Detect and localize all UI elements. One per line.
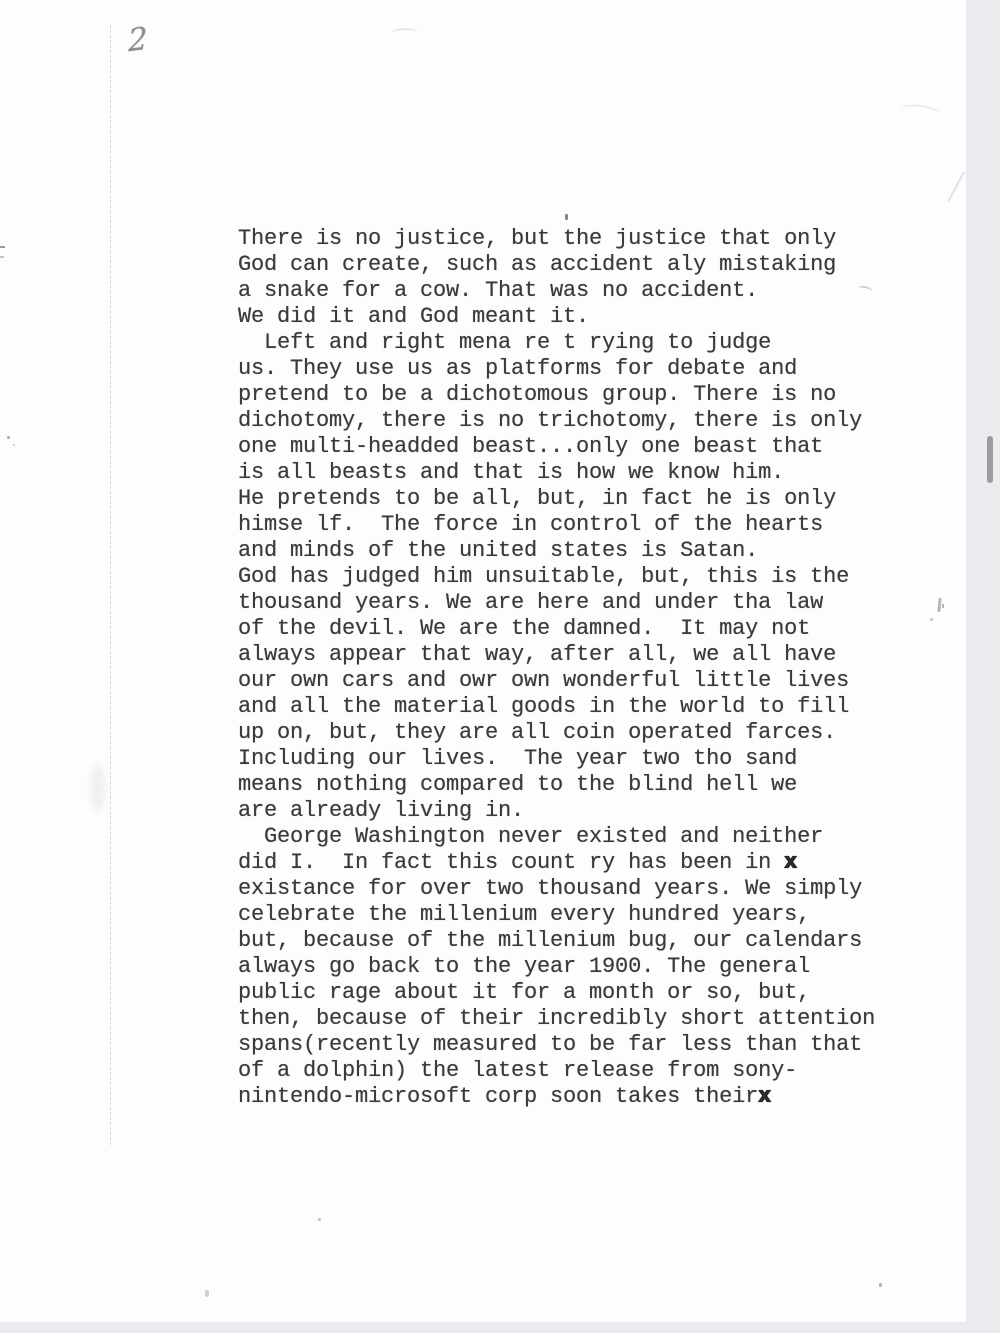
text-line: means nothing compared to the blind hell… bbox=[238, 772, 918, 798]
document-viewer: 2 There is no justice, but the justice t… bbox=[0, 0, 1000, 1333]
scan-artifact bbox=[318, 1218, 321, 1221]
text-line: then, because of their incredibly short … bbox=[238, 1006, 918, 1032]
scan-artifact bbox=[13, 444, 15, 446]
text-line: is all beasts and that is how we know hi… bbox=[238, 460, 918, 486]
text-line: of the devil. We are the damned. It may … bbox=[238, 616, 918, 642]
text-line: always go back to the year 1900. The gen… bbox=[238, 954, 918, 980]
scan-artifact bbox=[392, 27, 419, 39]
text-line: pretend to be a dichotomous group. There… bbox=[238, 382, 918, 408]
text-line: us. They use us as platforms for debate … bbox=[238, 356, 918, 382]
scrollbar-thumb[interactable] bbox=[987, 436, 993, 483]
scan-artifact bbox=[565, 214, 568, 220]
text-line: one multi-headded beast...only one beast… bbox=[238, 434, 918, 460]
scan-artifact bbox=[879, 1283, 882, 1287]
text-line: God can create, such as accident aly mis… bbox=[238, 252, 918, 278]
text-line: We did it and God meant it. bbox=[238, 304, 918, 330]
text-line: are already living in. bbox=[238, 798, 918, 824]
overstruck-character: x bbox=[758, 1084, 771, 1109]
scan-artifact bbox=[899, 102, 941, 121]
text-line: our own cars and owr own wonderful littl… bbox=[238, 668, 918, 694]
text-line: himse lf. The force in control of the he… bbox=[238, 512, 918, 538]
text-line: public rage about it for a month or so, … bbox=[238, 980, 918, 1006]
text-line: There is no justice, but the justice tha… bbox=[238, 226, 918, 252]
text-line: always appear that way, after all, we al… bbox=[238, 642, 918, 668]
scan-artifact bbox=[205, 1290, 209, 1297]
text-line: He pretends to be all, but, in fact he i… bbox=[238, 486, 918, 512]
text-line: God has judged him unsuitable, but, this… bbox=[238, 564, 918, 590]
overstruck-character: x bbox=[784, 850, 797, 875]
scan-artifact bbox=[7, 436, 10, 439]
text-line: thousand years. We are here and under th… bbox=[238, 590, 918, 616]
typewritten-text: There is no justice, but the justice tha… bbox=[238, 226, 918, 1110]
text-line: up on, but, they are all coin operated f… bbox=[238, 720, 918, 746]
scan-artifact bbox=[947, 172, 965, 203]
scan-artifact bbox=[942, 604, 944, 608]
text-line: celebrate the millenium every hundred ye… bbox=[238, 902, 918, 928]
text-line: existance for over two thousand years. W… bbox=[238, 876, 918, 902]
paper-edge-line bbox=[110, 25, 111, 1145]
text-line: and all the material goods in the world … bbox=[238, 694, 918, 720]
text-line: nintendo-microsoft corp soon takes their… bbox=[238, 1084, 918, 1110]
text-line: did I. In fact this count ry has been in… bbox=[238, 850, 918, 876]
handwritten-page-number: 2 bbox=[128, 21, 148, 60]
scan-artifact bbox=[0, 256, 4, 258]
text-line: a snake for a cow. That was no accident. bbox=[238, 278, 918, 304]
text-line: spans(recently measured to be far less t… bbox=[238, 1032, 918, 1058]
scanned-page: 2 There is no justice, but the justice t… bbox=[0, 0, 966, 1322]
scan-artifact bbox=[937, 598, 941, 612]
scan-artifact bbox=[90, 765, 106, 811]
text-line: George Washington never existed and neit… bbox=[238, 824, 918, 850]
text-line: and minds of the united states is Satan. bbox=[238, 538, 918, 564]
text-line: of a dolphin) the latest release from so… bbox=[238, 1058, 918, 1084]
text-line: but, because of the millenium bug, our c… bbox=[238, 928, 918, 954]
text-line: Left and right mena re t rying to judge bbox=[238, 330, 918, 356]
text-line: dichotomy, there is no trichotomy, there… bbox=[238, 408, 918, 434]
scan-artifact bbox=[0, 246, 5, 248]
scan-artifact bbox=[930, 618, 933, 621]
text-line: Including our lives. The year two tho sa… bbox=[238, 746, 918, 772]
